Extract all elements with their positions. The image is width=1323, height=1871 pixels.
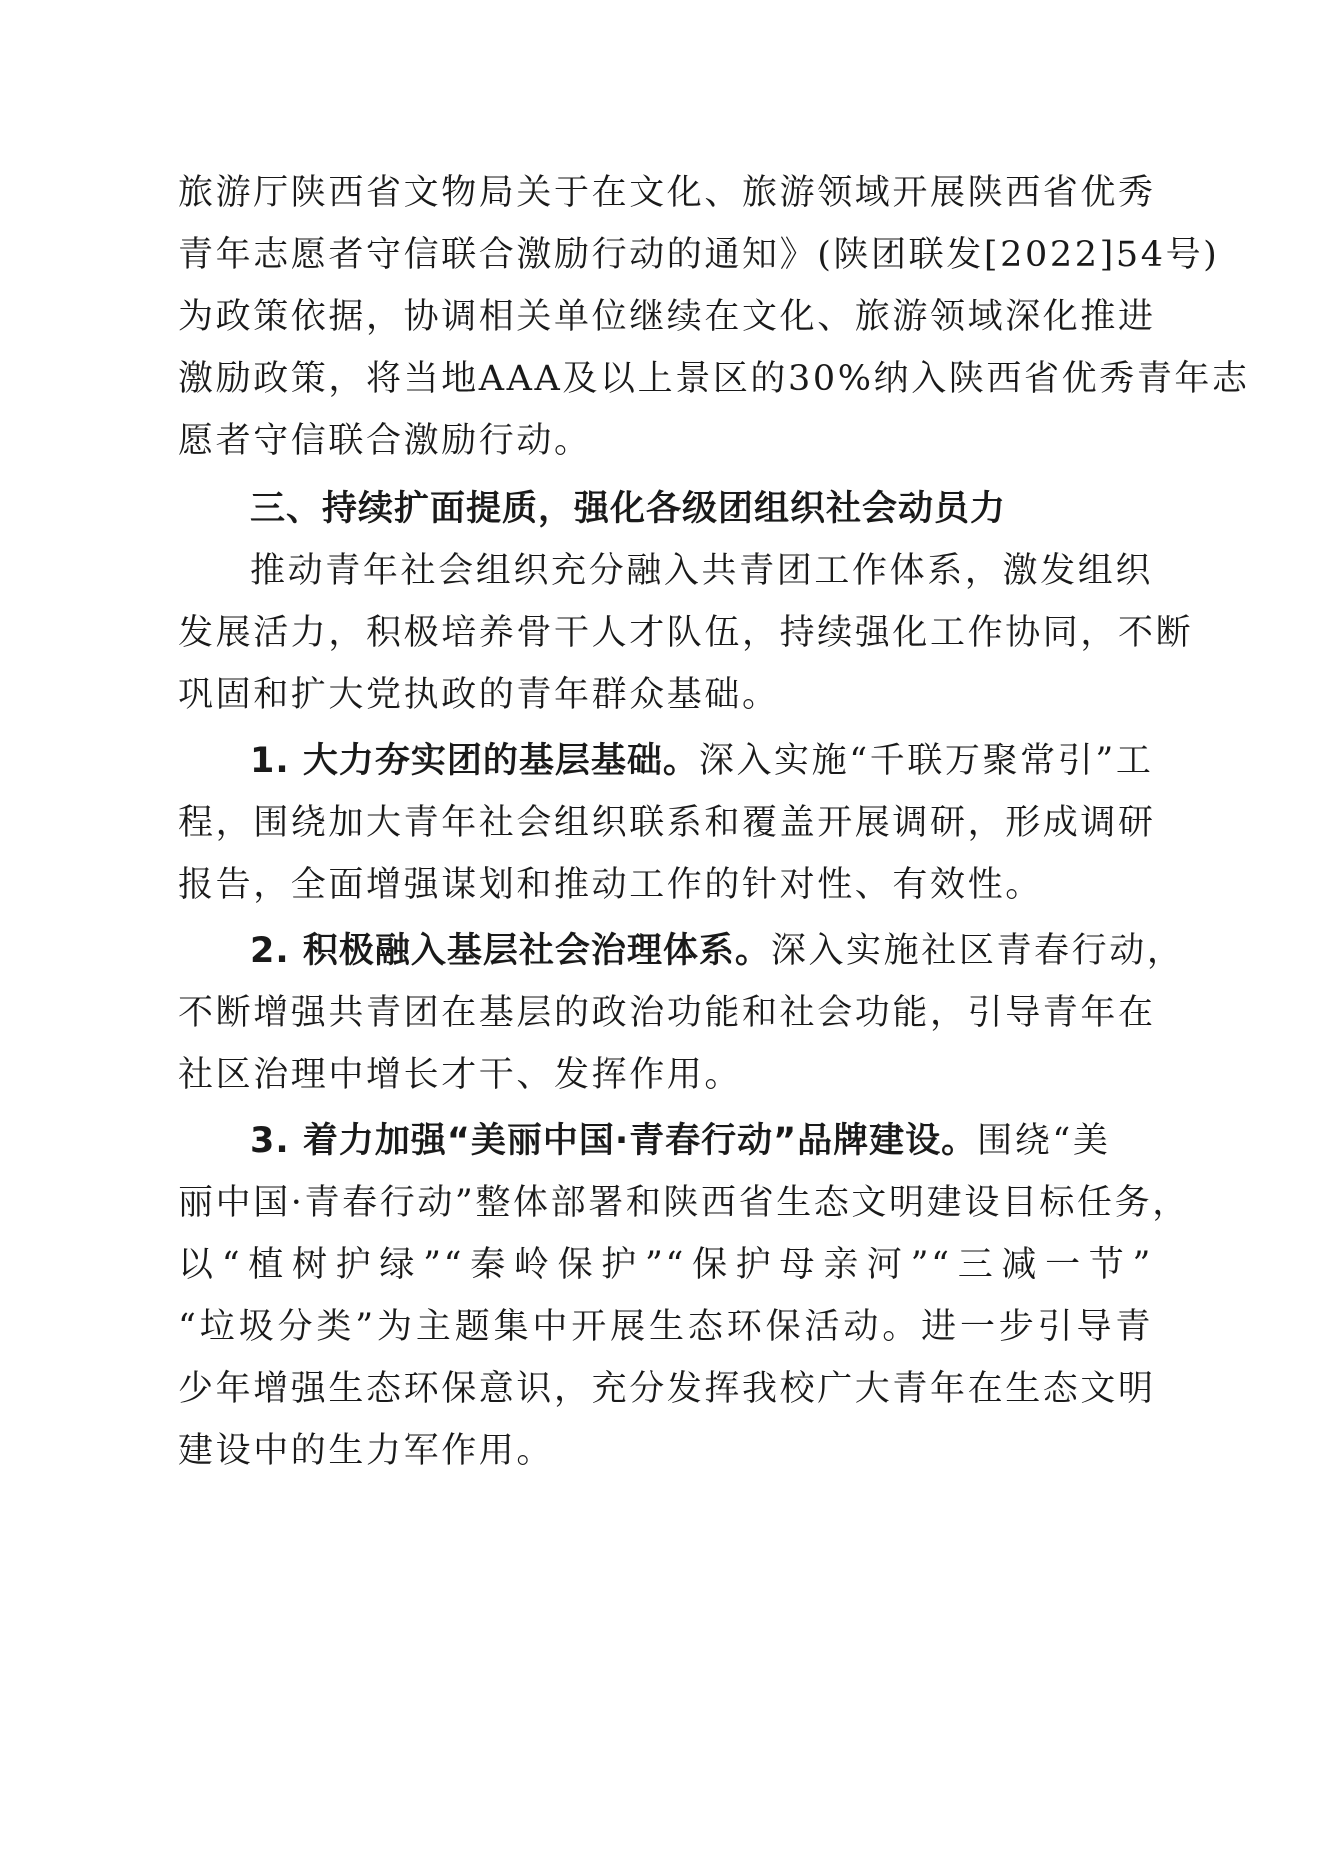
item-1-paragraph: 1. 大力夯实团的基层基础。深入实施“千联万聚常引”工 程，围绕加大青年社会组织… [178,730,1153,916]
item-lead: 3. 着力加强“美丽中国·青春行动”品牌建设。 [250,1121,977,1161]
text-line: 不断增强共青团在基层的政治功能和社会功能，引导青年在 [178,982,1153,1044]
text-line: 以“植树护绿”“秦岭保护”“保护母亲河”“三减一节” [178,1234,1153,1296]
item-lead: 2. 积极融入基层社会治理体系。 [250,931,771,971]
item-2-paragraph: 2. 积极融入基层社会治理体系。深入实施社区青春行动， 不断增强共青团在基层的政… [178,920,1153,1106]
text-line: 旅游厅陕西省文物局关于在文化、旅游领域开展陕西省优秀 [178,162,1153,224]
text-line: 少年增强生态环保意识，充分发挥我校广大青年在生态文明 [178,1358,1153,1420]
text-line: “垃圾分类”为主题集中开展生态环保活动。进一步引导青 [178,1296,1153,1358]
text-line: 为政策依据，协调相关单位继续在文化、旅游领域深化推进 [178,286,1153,348]
text-line: 青年志愿者守信联合激励行动的通知》(陕团联发[2022]54号) [178,224,1153,286]
text-line: 激励政策，将当地AAA及以上景区的30%纳入陕西省优秀青年志 [178,348,1153,410]
text-line: 报告，全面增强谋划和推动工作的针对性、有效性。 [178,854,1153,916]
item-lead: 1. 大力夯实团的基层基础。 [250,741,699,781]
text-line: 丽中国·青春行动”整体部署和陕西省生态文明建设目标任务， [178,1172,1153,1234]
intro-paragraph: 推动青年社会组织充分融入共青团工作体系，激发组织 发展活力，积极培养骨干人才队伍… [178,540,1153,726]
text-line: 建设中的生力军作用。 [178,1420,1153,1482]
text-line: 程，围绕加大青年社会组织联系和覆盖开展调研，形成调研 [178,792,1153,854]
text-line: 推动青年社会组织充分融入共青团工作体系，激发组织 [178,540,1153,602]
text-line: 巩固和扩大党执政的青年群众基础。 [178,664,1153,726]
item-text: 围绕“美 [977,1121,1110,1161]
continued-paragraph: 旅游厅陕西省文物局关于在文化、旅游领域开展陕西省优秀 青年志愿者守信联合激励行动… [178,162,1153,472]
document-page: 旅游厅陕西省文物局关于在文化、旅游领域开展陕西省优秀 青年志愿者守信联合激励行动… [178,162,1153,1482]
text-line: 社区治理中增长才干、发挥作用。 [178,1044,1153,1106]
item-first-line: 3. 着力加强“美丽中国·青春行动”品牌建设。围绕“美 [178,1110,1153,1172]
item-text: 深入实施社区青春行动， [771,931,1185,971]
text-line: 愿者守信联合激励行动。 [178,410,1153,472]
item-first-line: 1. 大力夯实团的基层基础。深入实施“千联万聚常引”工 [178,730,1153,792]
text-line: 发展活力，积极培养骨干人才队伍，持续强化工作协同，不断 [178,602,1153,664]
item-text: 深入实施“千联万聚常引”工 [699,741,1154,781]
section-heading: 三、持续扩面提质，强化各级团组织社会动员力 [178,478,1153,540]
item-first-line: 2. 积极融入基层社会治理体系。深入实施社区青春行动， [178,920,1153,982]
item-3-paragraph: 3. 着力加强“美丽中国·青春行动”品牌建设。围绕“美 丽中国·青春行动”整体部… [178,1110,1153,1482]
